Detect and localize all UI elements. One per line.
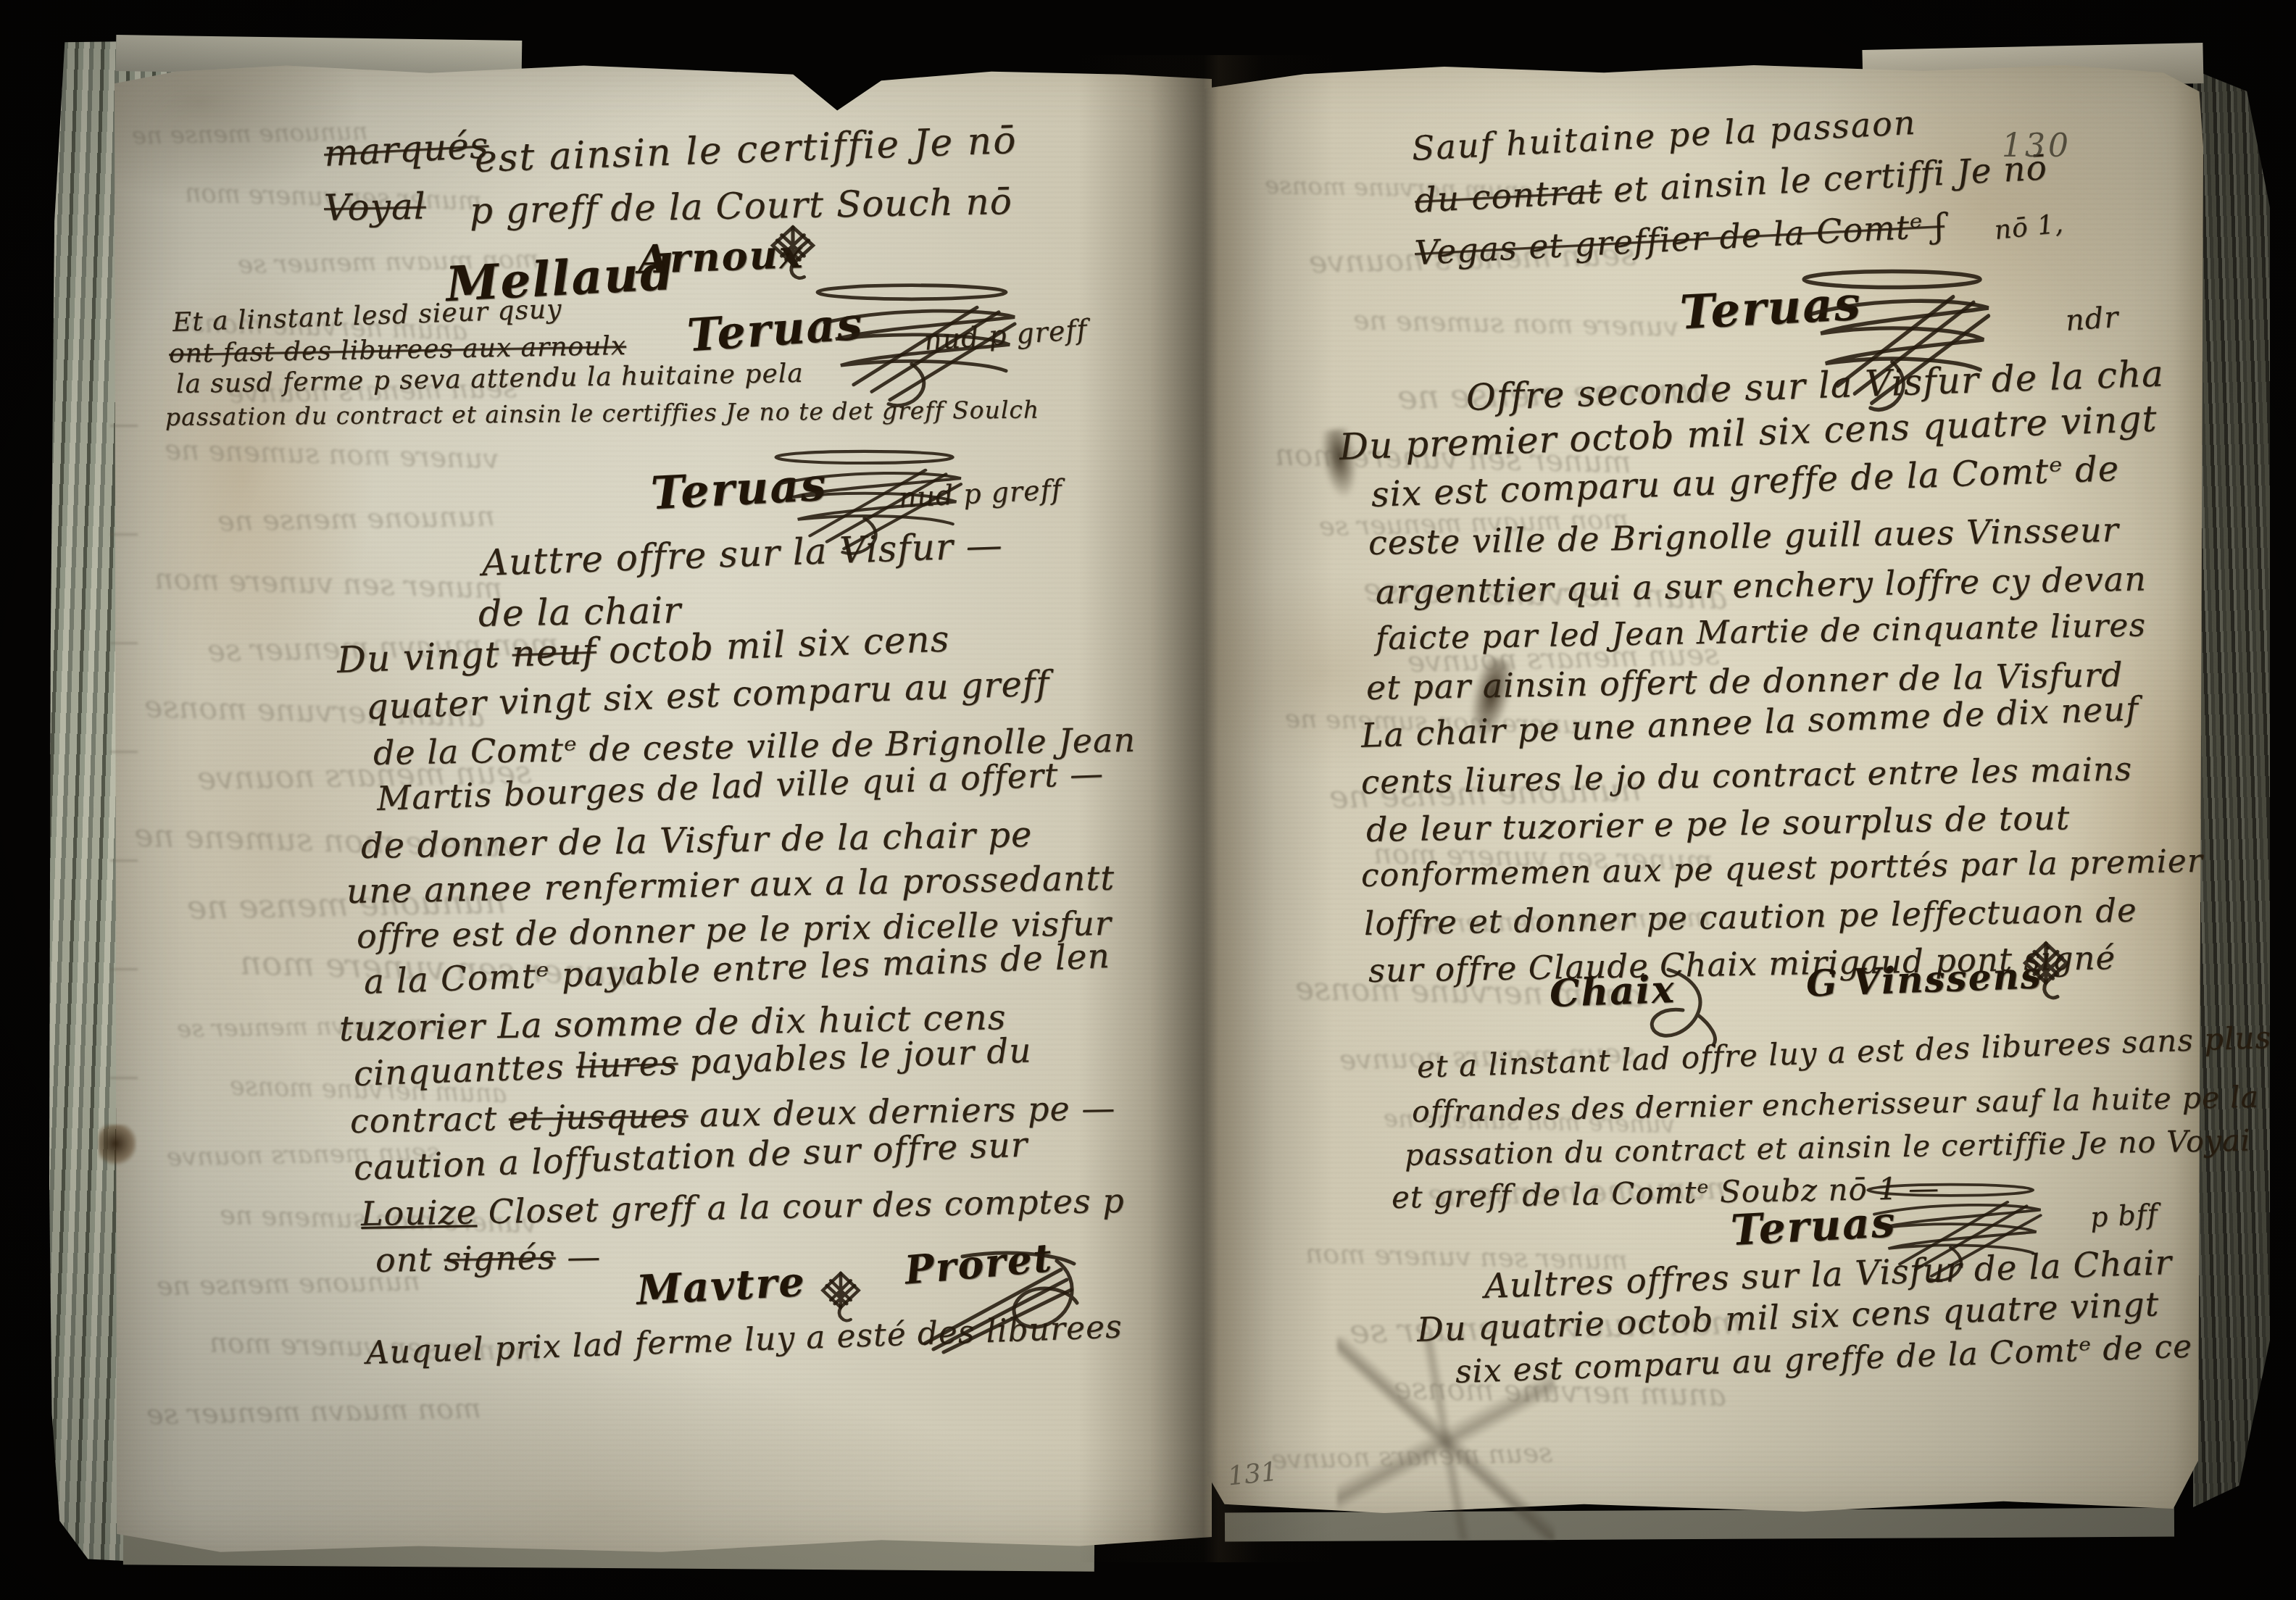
left-page-paper (110, 57, 1212, 1558)
pencil-folio-number: 131 (1226, 1457, 1279, 1492)
right-page-paper (1205, 59, 2203, 1519)
page-number: 130 (2002, 128, 2071, 164)
under-sheet-edge (1225, 1508, 2174, 1542)
right-page-edge-stack (2193, 62, 2270, 1514)
manuscript-photograph: nunuone mense nemuner sen vunere monmon … (0, 0, 2296, 1600)
